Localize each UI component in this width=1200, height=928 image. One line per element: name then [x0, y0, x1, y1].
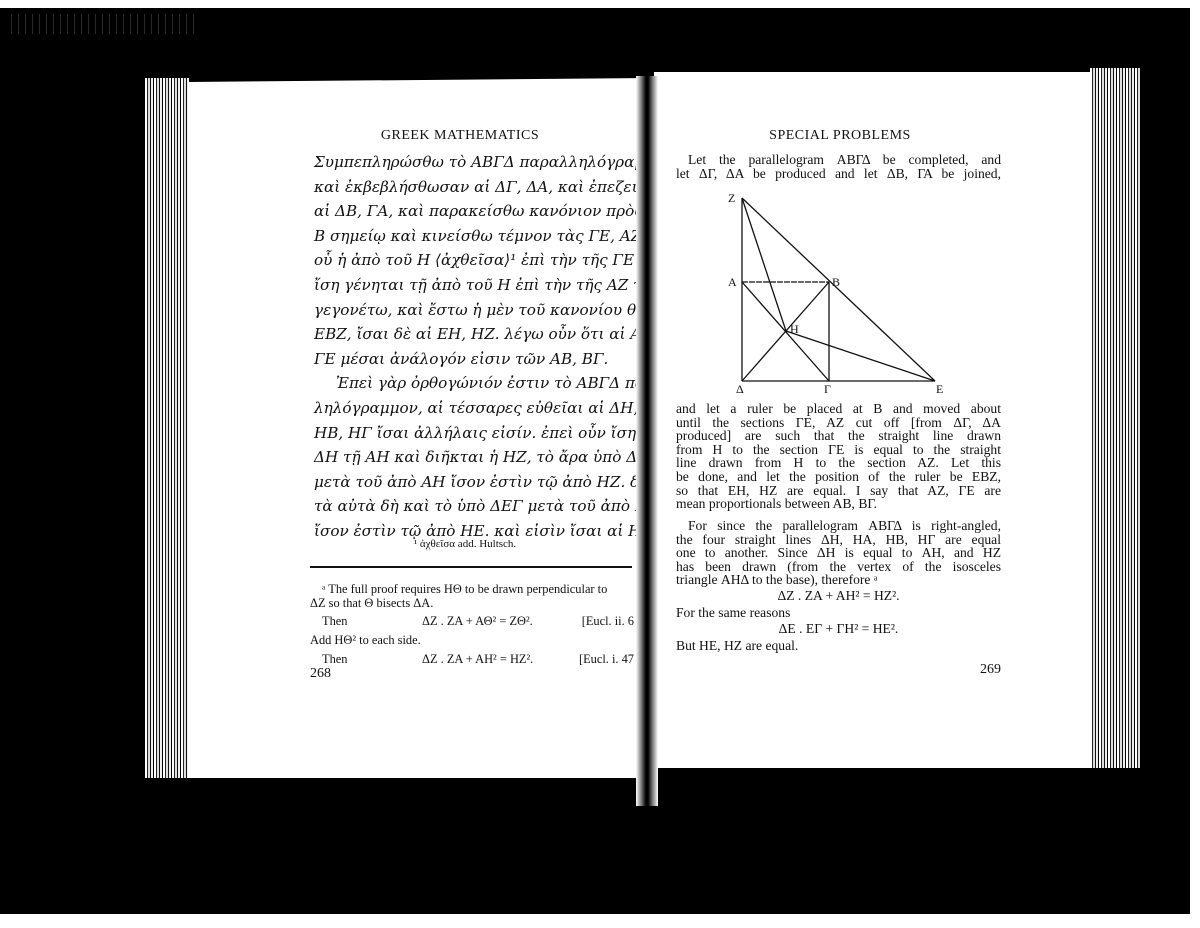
right-page-number: 269: [980, 662, 1001, 678]
intro-paragraph: Let the parallelogram ΑΒΓΔ be completed,…: [676, 153, 1001, 180]
greek-text: Συμπεπληρώσθω τὸ ΑΒΓΔ παραλληλόγραμμον, …: [314, 150, 634, 544]
left-page-number: 268: [310, 666, 331, 682]
label-H: H: [790, 322, 799, 336]
left-page-edges: [145, 78, 190, 778]
greek-line: οὗ ἡ ἀπὸ τοῦ Η ⟨ἀχθεῖσα⟩¹ ἐπὶ τὴν τῆς ΓΕ…: [314, 248, 634, 273]
note-then-label: Then: [310, 651, 422, 667]
text-line: let ΔΓ, ΔΑ be produced and let ΔΒ, ΓΑ be…: [676, 167, 1001, 181]
text-line: from H to the section ΓΕ is equal to the…: [676, 443, 1001, 457]
note-reference: [Eucl. ii. 6: [582, 613, 634, 629]
note-equation-row: Then ΔΖ . ΖΑ + ΑΘ² = ΖΘ². [Eucl. ii. 6: [310, 613, 634, 629]
label-Gamma: Γ: [824, 382, 831, 396]
greek-line: ἴση γένηται τῇ ἀπὸ τοῦ Η ἐπὶ τὴν τῆς ΑΖ …: [314, 273, 634, 298]
note-formula: ΔΖ . ΖΑ + ΑΗ² = ΗΖ².: [422, 651, 572, 667]
note-line: Add ΗΘ² to each side.: [310, 632, 634, 648]
left-running-head: GREEK MATHEMATICS: [300, 128, 620, 144]
greek-line: τὰ αὐτὰ δὴ καὶ τὸ ὑπὸ ΔΕΓ μετὰ τοῦ ἀπὸ Γ…: [314, 494, 634, 519]
note-line: ᵃ The full proof requires ΗΘ to be drawn…: [310, 581, 634, 597]
text-footnote: ¹ ἀχθεῖσα add. Hultsch.: [300, 538, 630, 550]
note-reference: [Eucl. i. 47: [579, 651, 634, 667]
note-then-label: Then: [310, 613, 422, 629]
greek-line: μετὰ τοῦ ἀπὸ ΑΗ ἴσον ἐστὶν τῷ ἀπὸ ΗΖ. δι…: [314, 470, 634, 495]
translation-note: ᵃ The full proof requires ΗΘ to be drawn…: [310, 581, 634, 667]
text-line: the four straight lines ΔΗ, ΗΑ, ΗΒ, ΗΓ a…: [676, 533, 1001, 547]
text-line: triangle ΑΗΔ to the base), therefore ᵃ: [676, 573, 1001, 587]
footnote-rule: [310, 566, 632, 568]
greek-line: ΓΕ μέσαι ἀνάλογόν εἰσιν τῶν ΑΒ, ΒΓ.: [314, 347, 634, 372]
greek-line: Ἐπεὶ γὰρ ὀρθογώνιόν ἐστιν τὸ ΑΒΓΔ παραλ-: [314, 371, 634, 396]
text-line: But HE, HZ are equal.: [676, 639, 1001, 653]
scan-noise: [8, 14, 198, 34]
label-Z: Z: [728, 191, 735, 205]
text-line: For the same reasons: [676, 606, 1001, 620]
right-page-edges: [1090, 68, 1140, 768]
body-paragraph-2: For since the parallelogram ΑΒΓΔ is righ…: [676, 519, 1001, 652]
greek-line: ΕΒΖ, ἴσαι δὲ αἱ ΕΗ, ΗΖ. λέγω οὖν ὅτι αἱ …: [314, 322, 634, 347]
label-Delta: Δ: [736, 382, 744, 396]
text-line: produced] are such that the straight lin…: [676, 429, 1001, 443]
greek-line: ΔΗ τῇ ΑΗ καὶ διῆκται ἡ ΗΖ, τὸ ἄρα ὑπὸ ΔΖ…: [314, 445, 634, 470]
greek-line: Β σημείῳ καὶ κινείσθω τέμνον τὰς ΓΕ, ΑΖ,…: [314, 224, 634, 249]
text-line: be done, and let the position of the rul…: [676, 470, 1001, 484]
greek-line: αἱ ΔΒ, ΓΑ, καὶ παρακείσθω κανόνιον πρὸς …: [314, 199, 634, 224]
book-spine-shadow: [636, 76, 658, 806]
text-line: one to another. Since ΔΗ is equal to ΑΗ,…: [676, 546, 1001, 560]
greek-line: ΗΒ, ΗΓ ἴσαι ἀλλήλαις εἰσίν. ἐπεὶ οὖν ἴση…: [314, 421, 634, 446]
note-line: ΔΖ so that Θ bisects ΔΑ.: [310, 597, 634, 609]
text-line: and let a ruler be placed at B and moved…: [676, 402, 1001, 416]
note-equation-row: Then ΔΖ . ΖΑ + ΑΗ² = ΗΖ². [Eucl. i. 47: [310, 651, 634, 667]
greek-line: Συμπεπληρώσθω τὸ ΑΒΓΔ παραλληλόγραμμον,: [314, 150, 634, 175]
right-running-head: SPECIAL PROBLEMS: [700, 128, 980, 144]
text-line: Let the parallelogram ΑΒΓΔ be completed,…: [676, 153, 1001, 167]
equation-1: ΔΖ . ΖΑ + ΑΗ² = ΗΖ².: [676, 589, 1001, 603]
label-A: A: [728, 275, 737, 289]
text-line: so that EH, HZ are equal. I say that AZ,…: [676, 484, 1001, 498]
text-line: until the sections ΓΕ, ΑΖ cut off [from …: [676, 416, 1001, 430]
text-line: For since the parallelogram ΑΒΓΔ is righ…: [676, 519, 1001, 533]
equation-2: ΔΕ . ΕΓ + ΓΗ² = ΗΕ².: [676, 622, 1001, 636]
greek-line: ληλόγραμμον, αἱ τέσσαρες εὐθεῖαι αἱ ΔΗ, …: [314, 396, 634, 421]
greek-line: καὶ ἐκβεβλήσθωσαν αἱ ΔΓ, ΔΑ, καὶ ἐπεζεύχ…: [314, 175, 634, 200]
note-formula: ΔΖ . ΖΑ + ΑΘ² = ΖΘ².: [422, 613, 572, 629]
greek-line: γεγονέτω, καὶ ἔστω ἡ μὲν τοῦ κανονίου θέ…: [314, 298, 634, 323]
text-line: mean proportionals between AB, BΓ.: [676, 497, 1001, 511]
text-line: line drawn from H to the section AZ. Let…: [676, 456, 1001, 470]
geometry-diagram: Z A B H Δ Γ E: [722, 186, 962, 396]
body-paragraph-1: and let a ruler be placed at B and moved…: [676, 402, 1001, 511]
label-E: E: [936, 382, 943, 396]
label-B: B: [832, 275, 840, 289]
text-line: has been drawn (from the vertex of the i…: [676, 560, 1001, 574]
